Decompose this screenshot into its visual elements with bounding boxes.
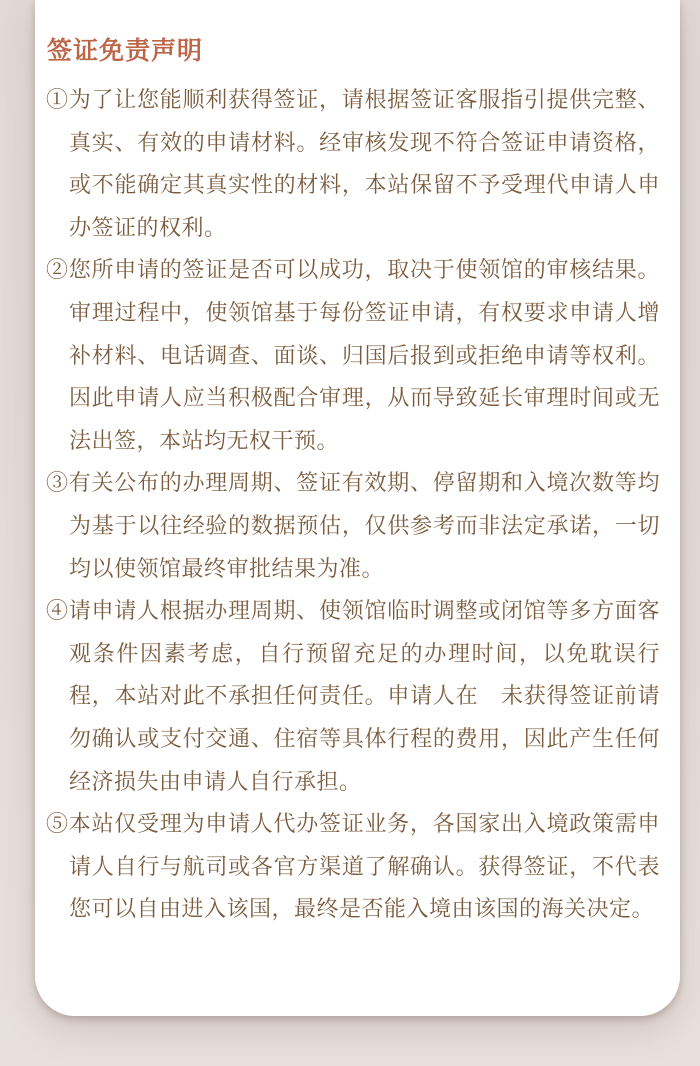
item-text: 您所申请的签证是否可以成功，取决于使领馆的审核结果。审理过程中，使领馆基于每份签… — [69, 257, 660, 452]
item-text: 为了让您能顺利获得签证，请根据签证客服指引提供完整、真实、有效的申请材料。经审核… — [69, 87, 660, 240]
disclaimer-item: ③有关公布的办理周期、签证有效期、停留期和入境次数等均为基于以往经验的数据预估，… — [46, 462, 660, 590]
item-text: 本站仅受理为申请人代办签证业务，各国家出入境政策需申请人自行与航司或各官方渠道了… — [69, 811, 660, 921]
item-marker: ③ — [46, 470, 69, 495]
item-marker: ② — [46, 257, 69, 282]
item-text: 请申请人根据办理周期、使领馆临时调整或闭馆等多方面客观条件因素考虑，自行预留充足… — [69, 598, 660, 793]
disclaimer-item: ⑤本站仅受理为申请人代办签证业务，各国家出入境政策需申请人自行与航司或各官方渠道… — [46, 803, 660, 931]
item-marker: ⑤ — [46, 811, 69, 836]
disclaimer-list: ①为了让您能顺利获得签证，请根据签证客服指引提供完整、真实、有效的申请材料。经审… — [46, 79, 660, 931]
item-marker: ① — [46, 87, 69, 112]
page-title: 签证免责声明 — [47, 36, 660, 66]
item-marker: ④ — [46, 598, 69, 623]
disclaimer-item: ①为了让您能顺利获得签证，请根据签证客服指引提供完整、真实、有效的申请材料。经审… — [46, 79, 660, 249]
disclaimer-card: 签证免责声明 ①为了让您能顺利获得签证，请根据签证客服指引提供完整、真实、有效的… — [35, 0, 680, 1016]
item-text: 有关公布的办理周期、签证有效期、停留期和入境次数等均为基于以往经验的数据预估，仅… — [69, 470, 660, 580]
page-background: { "page": { "background_color": "#e5dbd8… — [0, 0, 700, 1066]
disclaimer-item: ②您所申请的签证是否可以成功，取决于使领馆的审核结果。审理过程中，使领馆基于每份… — [46, 249, 660, 462]
disclaimer-item: ④请申请人根据办理周期、使领馆临时调整或闭馆等多方面客观条件因素考虑，自行预留充… — [46, 590, 660, 803]
